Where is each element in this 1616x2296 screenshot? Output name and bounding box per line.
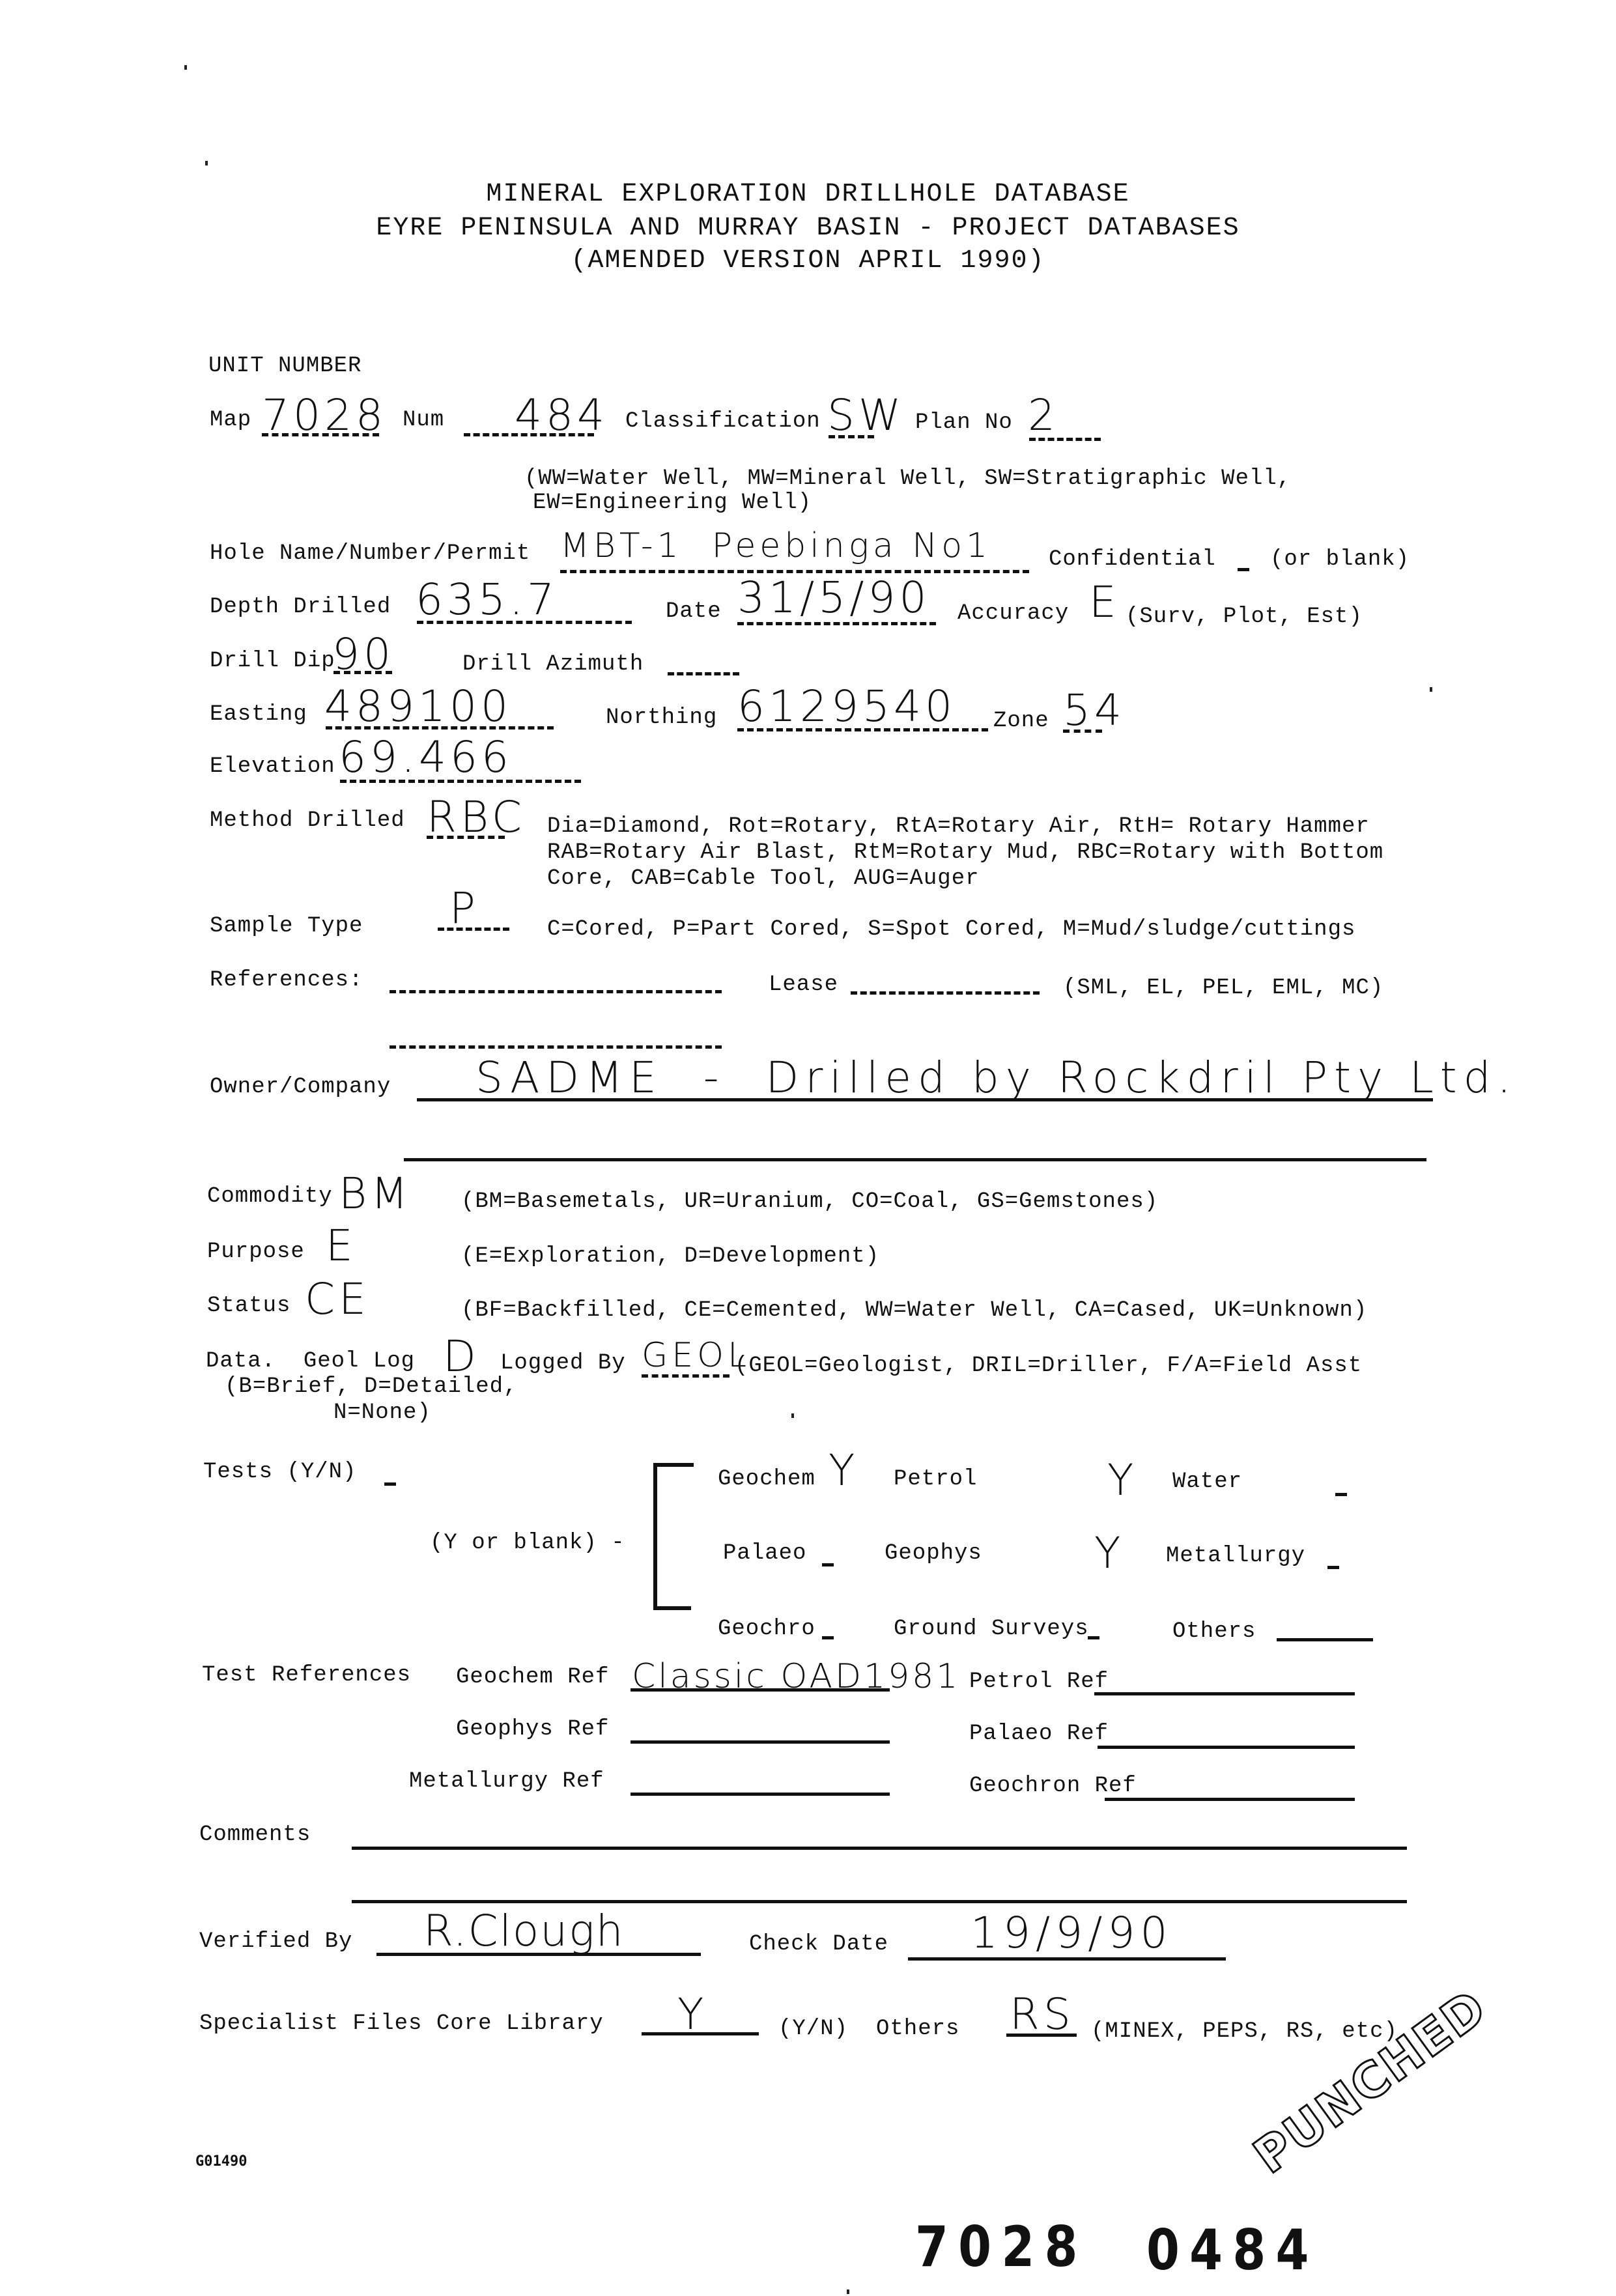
test-water-label: Water — [1172, 1471, 1242, 1493]
logged-by-value[interactable]: GEOL — [642, 1339, 750, 1372]
status-label: Status — [207, 1295, 291, 1317]
logged-by-help: (GEOL=Geologist, DRIL=Driller, F/A=Field… — [735, 1355, 1362, 1377]
metallurgy-ref-field[interactable] — [631, 1793, 890, 1796]
plan-no-label: Plan No — [915, 412, 1013, 434]
northing-value[interactable]: 6129540 — [737, 685, 956, 728]
geophys-ref-field[interactable] — [631, 1740, 890, 1744]
petrol-ref-label: Petrol Ref — [969, 1671, 1109, 1693]
purpose-help: (E=Exploration, D=Development) — [461, 1245, 879, 1268]
method-label: Method Drilled — [210, 810, 405, 832]
lease-help: (SML, EL, PEL, EML, MC) — [1063, 977, 1383, 999]
map-value[interactable]: 7028 — [262, 394, 387, 437]
drill-azimuth-label: Drill Azimuth — [462, 653, 644, 675]
hole-name-label: Hole Name/Number/Permit — [210, 543, 530, 565]
accuracy-value[interactable]: E — [1089, 581, 1120, 624]
date-label: Date — [666, 601, 722, 623]
classification-value[interactable]: SW — [827, 394, 905, 437]
lease-field[interactable] — [851, 991, 1040, 995]
geochron-ref-label: Geochron Ref — [969, 1775, 1137, 1797]
geol-log-help-1: (B=Brief, D=Detailed, — [225, 1376, 517, 1398]
test-geochem-value[interactable]: Y — [829, 1449, 858, 1492]
sample-type-label: Sample Type — [210, 915, 363, 937]
comments-label: Comments — [199, 1824, 311, 1846]
palaeo-ref-label: Palaeo Ref — [969, 1723, 1109, 1745]
others-label: Others — [876, 2018, 959, 2040]
test-geophys-label: Geophys — [885, 1542, 982, 1565]
northing-label: Northing — [606, 707, 717, 729]
petrol-ref-field[interactable] — [1094, 1692, 1355, 1695]
geol-log-label: Data. Geol Log — [206, 1350, 415, 1372]
method-help-1: Dia=Diamond, Rot=Rotary, RtA=Rotary Air,… — [547, 815, 1370, 838]
zone-label: Zone — [993, 710, 1049, 732]
test-metallurgy-label: Metallurgy — [1166, 1545, 1305, 1567]
tests-bracket-bottom — [653, 1606, 691, 1610]
status-help: (BF=Backfilled, CE=Cemented, WW=Water We… — [461, 1299, 1367, 1322]
geochem-ref-label: Geochem Ref — [456, 1666, 609, 1688]
method-value[interactable]: RBC — [427, 796, 526, 839]
tests-bracket — [653, 1463, 657, 1610]
sample-type-value[interactable]: P — [449, 887, 479, 930]
form-version: (AMENDED VERSION APRIL 1990) — [0, 246, 1616, 276]
punched-stamp: PUNCHED — [1243, 1979, 1497, 2185]
classification-help-2: EW=Engineering Well) — [533, 492, 812, 514]
method-help-3: Core, CAB=Cable Tool, AUG=Auger — [547, 868, 980, 890]
check-date-value[interactable]: 19/9/90 — [971, 1912, 1172, 1955]
check-date-label: Check Date — [749, 1933, 888, 1955]
lease-label: Lease — [769, 974, 838, 996]
drill-dip-label: Drill Dip — [210, 650, 335, 672]
unit-number-label: UNIT NUMBER — [208, 355, 361, 377]
map-label: Map — [210, 409, 251, 431]
commodity-value[interactable]: BM — [339, 1172, 412, 1215]
specialist-others-value[interactable]: RS — [1010, 1993, 1075, 2036]
geophys-ref-label: Geophys Ref — [456, 1718, 609, 1740]
test-palaeo-label: Palaeo — [723, 1542, 806, 1565]
status-value[interactable]: CE — [305, 1278, 370, 1321]
test-palaeo-field[interactable] — [822, 1563, 834, 1566]
test-metallurgy-field[interactable] — [1327, 1566, 1339, 1569]
test-petrol-value[interactable]: Y — [1107, 1459, 1137, 1502]
depth-label: Depth Drilled — [210, 596, 391, 618]
tests-bracket-top — [653, 1463, 694, 1467]
metallurgy-ref-label: Metallurgy Ref — [409, 1770, 604, 1793]
test-geochro-field[interactable] — [822, 1636, 834, 1639]
tests-label: Tests (Y/N) — [203, 1461, 356, 1483]
form-title: MINERAL EXPLORATION DRILLHOLE DATABASE — [0, 180, 1616, 209]
palaeo-ref-field[interactable] — [1098, 1746, 1355, 1749]
test-water-field[interactable] — [1335, 1493, 1347, 1496]
drill-azimuth-field[interactable] — [668, 672, 739, 675]
owner-value[interactable]: SADME - Drilled by Rockdril Pty Ltd. — [475, 1056, 1518, 1099]
purpose-value[interactable]: E — [326, 1225, 357, 1268]
references-field-2[interactable] — [390, 1045, 722, 1049]
form-code: G01490 — [195, 2153, 247, 2170]
sample-type-help: C=Cored, P=Part Cored, S=Spot Cored, M=M… — [547, 918, 1355, 941]
unit-code-num: 0484 — [1146, 2218, 1319, 2283]
test-ground-surveys-label: Ground Surveys — [894, 1618, 1089, 1640]
y-or-blank-label: (Y or blank) - — [430, 1532, 625, 1554]
geochron-ref-field[interactable] — [1105, 1798, 1355, 1801]
logged-by-label: Logged By — [500, 1352, 626, 1374]
references-label: References: — [210, 969, 363, 991]
depth-value[interactable]: 635.7 — [416, 578, 558, 621]
verified-by-value[interactable]: R.Clough — [423, 1910, 625, 1953]
test-ground-surveys-field[interactable] — [1088, 1636, 1099, 1639]
plan-no-value[interactable]: 2 — [1028, 394, 1059, 437]
zone-value[interactable]: 54 — [1063, 689, 1126, 732]
method-help-2: RAB=Rotary Air Blast, RtM=Rotary Mud, RB… — [547, 842, 1383, 864]
easting-label: Easting — [210, 703, 307, 726]
test-petrol-label: Petrol — [894, 1468, 977, 1490]
commodity-label: Commodity — [207, 1185, 333, 1208]
test-geochem-label: Geochem — [718, 1468, 815, 1490]
confidential-help: (or blank) — [1270, 548, 1410, 571]
comments-field-2[interactable] — [352, 1900, 1407, 1903]
references-field[interactable] — [390, 990, 722, 993]
comments-field[interactable] — [352, 1847, 1407, 1850]
confidential-field[interactable] — [1238, 568, 1249, 571]
owner-label: Owner/Company — [210, 1076, 391, 1098]
specialist-files-label: Specialist Files Core Library — [199, 2013, 604, 2035]
classification-help: (WW=Water Well, MW=Mineral Well, SW=Stra… — [524, 468, 1291, 490]
num-value[interactable]: 484 — [515, 394, 608, 437]
commodity-help: (BM=Basemetals, UR=Uranium, CO=Coal, GS=… — [461, 1191, 1158, 1213]
test-others-label: Others — [1172, 1621, 1256, 1643]
unit-code-map: 7028 — [915, 2215, 1088, 2280]
drill-dip-value[interactable]: 90 — [332, 633, 395, 676]
test-geochro-label: Geochro — [718, 1618, 815, 1640]
hole-name-value[interactable]: MBT-1 Peebinga No1 — [560, 529, 991, 563]
date-value[interactable]: 31/5/90 — [737, 576, 930, 619]
classification-label: Classification — [625, 410, 821, 432]
test-others-field[interactable] — [1277, 1638, 1373, 1641]
confidential-label: Confidential — [1049, 548, 1216, 571]
core-library-value[interactable]: Y — [677, 1993, 707, 2036]
num-label: Num — [403, 409, 444, 431]
geol-log-help-2: N=None) — [333, 1402, 431, 1424]
form-subtitle: EYRE PENINSULA AND MURRAY BASIN - PROJEC… — [0, 214, 1616, 243]
tests-field[interactable] — [384, 1482, 396, 1486]
test-references-label: Test References — [202, 1664, 411, 1686]
purpose-label: Purpose — [207, 1241, 305, 1263]
elevation-label: Elevation — [210, 756, 335, 778]
test-geophys-value[interactable]: Y — [1094, 1532, 1124, 1575]
yn-label: (Y/N) — [778, 2018, 848, 2040]
easting-value[interactable]: 489100 — [324, 685, 512, 728]
accuracy-help: (Surv, Plot, Est) — [1126, 606, 1363, 628]
elevation-value[interactable]: 69.466 — [339, 736, 513, 779]
accuracy-label: Accuracy — [957, 602, 1069, 625]
verified-by-label: Verified By — [199, 1931, 352, 1953]
geol-log-value[interactable]: D — [443, 1335, 480, 1378]
specialist-others-help: (MINEX, PEPS, RS, etc) — [1091, 2020, 1398, 2043]
